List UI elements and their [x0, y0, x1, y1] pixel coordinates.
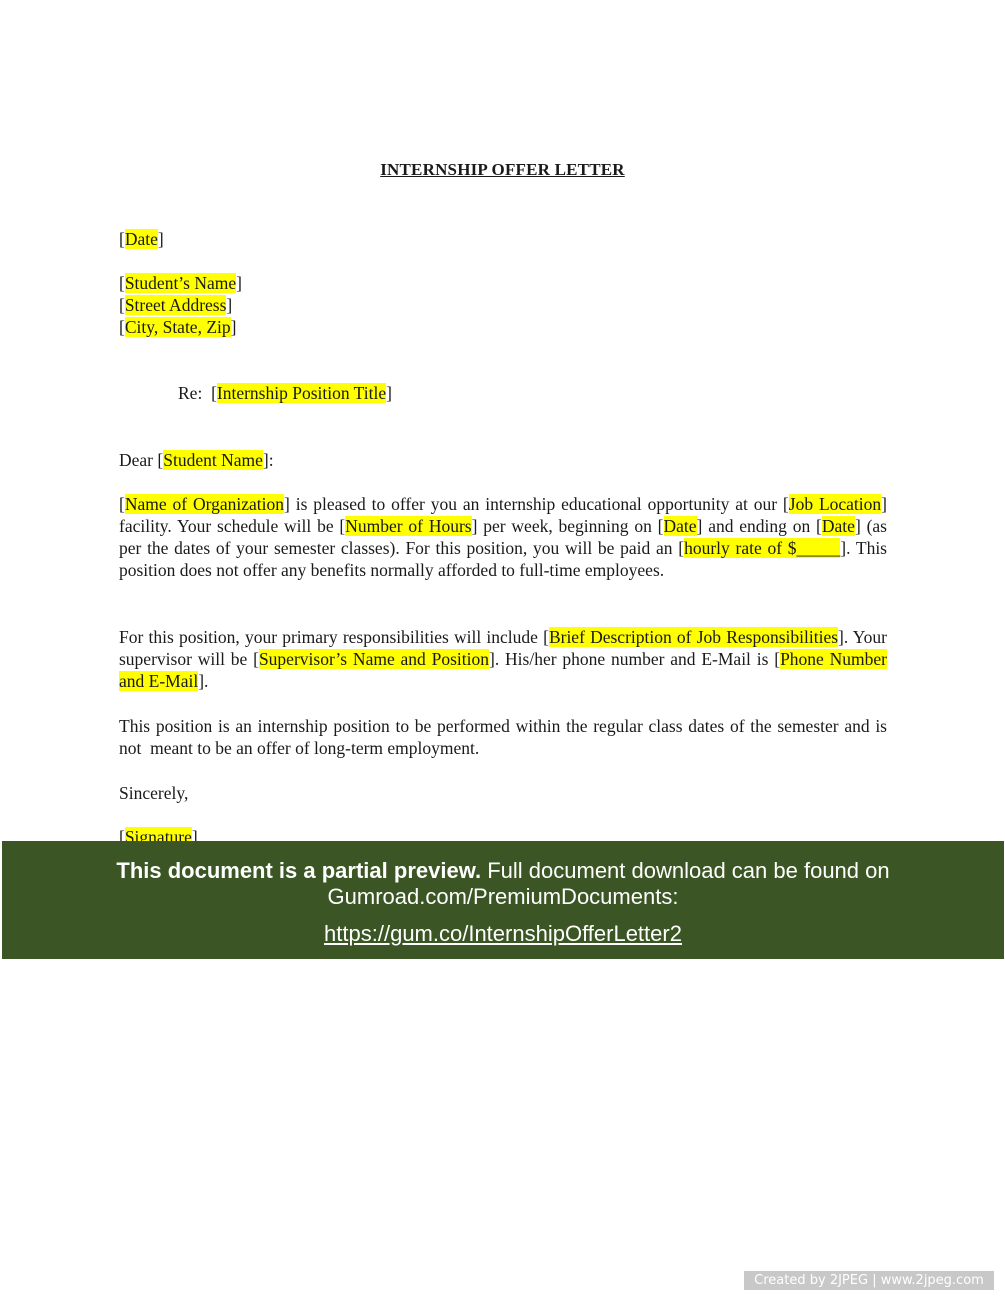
- hours-placeholder: Number of Hours: [345, 516, 471, 536]
- download-link[interactable]: https://gum.co/InternshipOfferLetter2: [2, 921, 1004, 947]
- hourly-rate-placeholder: hourly rate of $_____: [684, 538, 840, 558]
- offer-text-4: ] and ending on [: [697, 516, 822, 536]
- salutation: Dear [Student Name]:: [119, 449, 274, 471]
- student-name-line: [Student’s Name]: [119, 272, 242, 294]
- responsibilities-paragraph: For this position, your primary responsi…: [119, 626, 887, 692]
- end-date-placeholder: Date: [822, 516, 855, 536]
- salutation-name-placeholder: Student Name: [163, 450, 263, 470]
- street-address-line: [Street Address]: [119, 294, 232, 316]
- student-name-placeholder: Student’s Name: [125, 273, 236, 293]
- city-state-zip-line: [City, State, Zip]: [119, 316, 236, 338]
- supervisor-placeholder: Supervisor’s Name and Position: [259, 649, 489, 669]
- job-location-placeholder: Job Location: [789, 494, 881, 514]
- position-title-placeholder: Internship Position Title: [217, 383, 386, 403]
- banner-message: This document is a partial preview. Full…: [2, 858, 1004, 910]
- offer-paragraph: [Name of Organization] is pleased to off…: [119, 493, 887, 581]
- salutation-prefix: Dear: [119, 450, 153, 470]
- banner-bold-text: This document is a partial preview.: [116, 858, 481, 883]
- disclaimer-paragraph: This position is an internship position …: [119, 715, 887, 759]
- closing: Sincerely,: [119, 782, 188, 804]
- responsibilities-placeholder: Brief Description of Job Responsibilitie…: [549, 627, 838, 647]
- organization-placeholder: Name of Organization: [125, 494, 284, 514]
- re-line: Re: [Internship Position Title]: [178, 382, 392, 404]
- date-line: [Date]: [119, 228, 164, 250]
- resp-text-4: ].: [198, 671, 208, 691]
- document-page: INTERNSHIP OFFER LETTER [Date] [Student’…: [0, 0, 1005, 1301]
- start-date-placeholder: Date: [664, 516, 697, 536]
- street-address-placeholder: Street Address: [125, 295, 227, 315]
- date-placeholder: Date: [125, 229, 158, 249]
- watermark: Created by 2JPEG | www.2jpeg.com: [744, 1271, 994, 1290]
- city-state-zip-placeholder: City, State, Zip: [125, 317, 231, 337]
- preview-banner: This document is a partial preview. Full…: [2, 841, 1004, 959]
- offer-text-1: ] is pleased to offer you an internship …: [284, 494, 789, 514]
- document-title: INTERNSHIP OFFER LETTER: [0, 160, 1005, 180]
- offer-text-3: ] per week, beginning on [: [472, 516, 664, 536]
- resp-text-1: For this position, your primary responsi…: [119, 627, 549, 647]
- re-label: Re:: [178, 383, 202, 403]
- resp-text-3: ]. His/her phone number and E-Mail is [: [489, 649, 780, 669]
- salutation-suffix: :: [269, 450, 274, 470]
